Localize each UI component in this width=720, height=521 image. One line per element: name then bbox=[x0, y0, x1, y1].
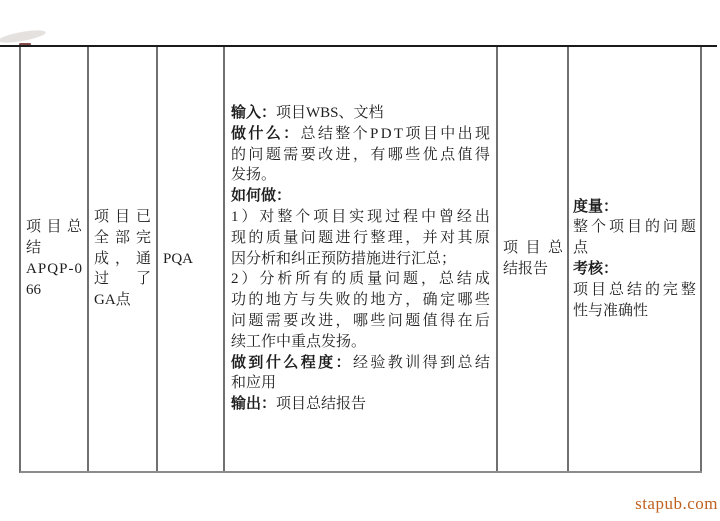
text-line: 的问题需要改进，有哪些优点值得 bbox=[231, 145, 490, 166]
text-line: PQA bbox=[163, 249, 218, 270]
text-line: 1）对整个项目实现过程中曾经出 bbox=[231, 207, 490, 228]
text-line: 功的地方与失败的地方，确定哪些 bbox=[231, 290, 490, 311]
text-line: 做到什么程度：经验教训得到总结 bbox=[231, 353, 490, 374]
text-line: 因分析和纠正预防措施进行汇总； bbox=[231, 249, 490, 270]
text-line: 过了 bbox=[94, 269, 151, 290]
cell-metrics: 度量：整个项目的问题点考核：项目总结的完整性与准确性 bbox=[569, 47, 702, 471]
text-line: 成，通 bbox=[94, 249, 151, 270]
text-line: 考核： bbox=[573, 259, 696, 280]
text-line: 做什么：总结整个PDT项目中出现 bbox=[231, 124, 490, 145]
text-line: 全部完 bbox=[94, 228, 151, 249]
cell-project-id: 项目总结APQP-066 bbox=[21, 47, 89, 471]
text-line: 项目总 bbox=[26, 217, 82, 238]
cell-entry-criteria: 项目已全部完成，通过了GA点 bbox=[89, 47, 158, 471]
text-line: 点 bbox=[573, 238, 696, 259]
text-line: 现的质量问题进行整理，并对其原 bbox=[231, 228, 490, 249]
cell-owner: PQA bbox=[158, 47, 225, 471]
text-line: 和应用 bbox=[231, 373, 490, 394]
text-line: 整个项目的问题 bbox=[573, 217, 696, 238]
text-line: GA点 bbox=[94, 290, 151, 311]
text-line: 度量： bbox=[573, 197, 696, 218]
text-line: 输入：项目WBS、文档 bbox=[231, 103, 490, 124]
text-line: 项目已 bbox=[94, 207, 151, 228]
text-line: 项目总结的完整 bbox=[573, 280, 696, 301]
text-line: 问题需要改进，哪些问题值得在后 bbox=[231, 311, 490, 332]
text-line: 66 bbox=[26, 280, 82, 301]
text-line: 结 bbox=[26, 238, 82, 259]
text-line: 结报告 bbox=[503, 259, 563, 280]
text-line: 发扬。 bbox=[231, 165, 490, 186]
text-line: APQP-0 bbox=[26, 259, 82, 280]
text-line: 性与准确性 bbox=[573, 301, 696, 322]
text-line: 2）分析所有的质量问题，总结成 bbox=[231, 269, 490, 290]
cell-activity-description: 输入：项目WBS、文档做什么：总结整个PDT项目中出现的问题需要改进，有哪些优点… bbox=[225, 47, 498, 471]
cell-output: 项目总结报告 bbox=[498, 47, 569, 471]
watermark: stapub.com bbox=[635, 494, 718, 514]
text-line: 如何做： bbox=[231, 186, 490, 207]
process-table: 项目总结APQP-066 项目已全部完成，通过了GA点 PQA 输入：项目WBS… bbox=[19, 47, 702, 473]
page: 项目总结APQP-066 项目已全部完成，通过了GA点 PQA 输入：项目WBS… bbox=[0, 0, 720, 521]
text-line: 输出：项目总结报告 bbox=[231, 394, 490, 415]
text-line: 项目总 bbox=[503, 238, 563, 259]
text-line: 续工作中重点发扬。 bbox=[231, 332, 490, 353]
